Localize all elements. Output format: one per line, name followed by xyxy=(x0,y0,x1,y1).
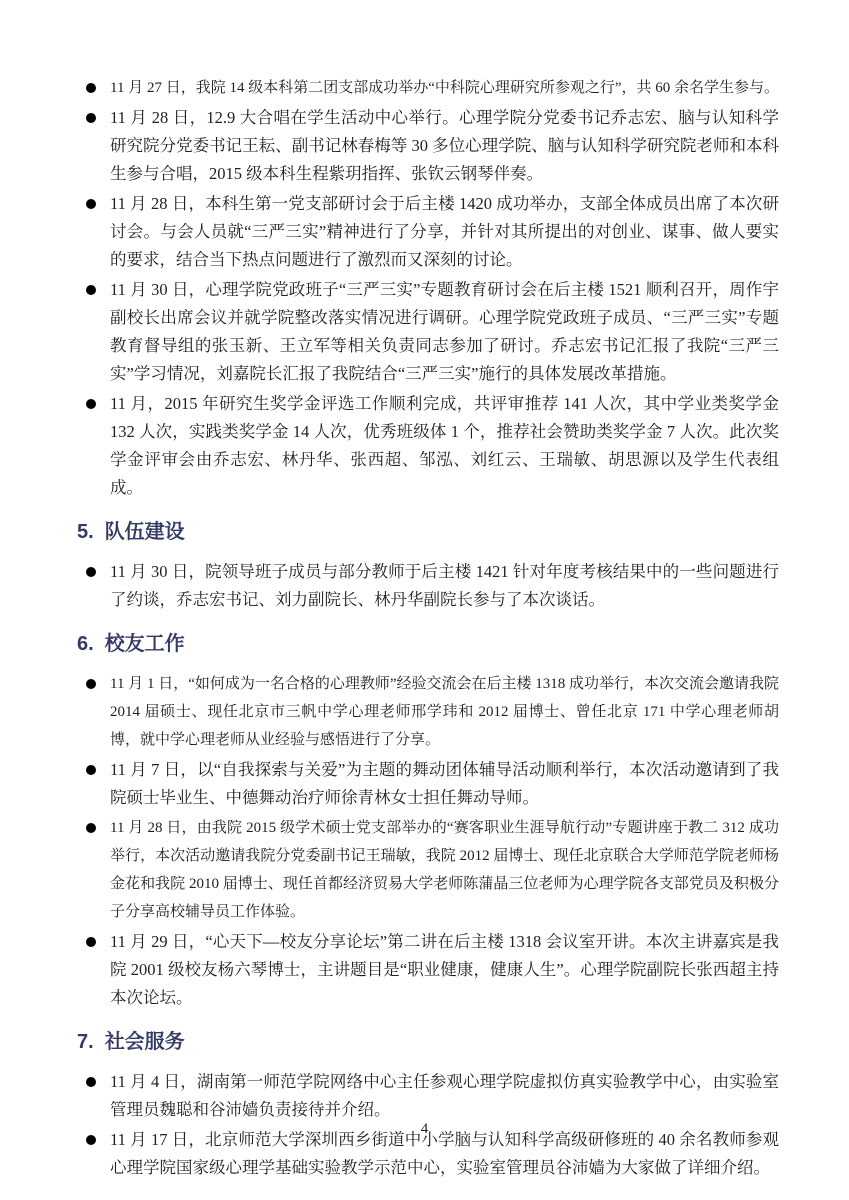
list-item-text: 11 月 7 日，以“自我探索与关爱”为主题的舞动团体辅导活动顺利举行，本次活动… xyxy=(110,756,779,812)
bullet-col xyxy=(72,190,110,274)
bullet-col xyxy=(72,558,110,614)
page-content: 11 月 27 日，我院 14 级本科第二团支部成功举办“中科院心理研究所参观之… xyxy=(72,74,779,1184)
list-item-text: 11 月 28 日，本科生第一党支部研讨会于后主楼 1420 成功举办，支部全体… xyxy=(110,190,779,274)
section-number: 5. xyxy=(77,519,94,545)
list-item: 11 月，2015 年研究生奖学金评选工作顺利完成，共评审推荐 141 人次，其… xyxy=(72,390,779,502)
section-title: 社会服务 xyxy=(105,1031,185,1053)
page-number: 4 xyxy=(0,1121,849,1138)
list-item: 11 月 1 日，“如何成为一名合格的心理教师”经验交流会在后主楼 1318 成… xyxy=(72,670,779,754)
section-title: 校友工作 xyxy=(105,633,185,655)
list-item-text: 11 月 28 日，12.9 大合唱在学生活动中心举行。心理学院分党委书记乔志宏… xyxy=(110,104,779,188)
section-title: 队伍建设 xyxy=(105,521,185,543)
section-heading-social-service: 7.社会服务 xyxy=(77,1029,779,1055)
bullet-icon xyxy=(86,113,96,123)
list-item-text: 11 月 30 日，院领导班子成员与部分教师于后主楼 1421 针对年度考核结果… xyxy=(110,558,779,614)
list-item-text: 11 月 30 日，心理学院党政班子“三严三实”专题教育研讨会在后主楼 1521… xyxy=(110,276,779,388)
bullet-col xyxy=(72,1068,110,1124)
list-item-text: 11 月 28 日，由我院 2015 级学术硕士党支部举办的“赛客职业生涯导航行… xyxy=(110,814,779,926)
bullet-col xyxy=(72,756,110,812)
list-item: 11 月 7 日，以“自我探索与关爱”为主题的舞动团体辅导活动顺利举行，本次活动… xyxy=(72,756,779,812)
list-item: 11 月 30 日，院领导班子成员与部分教师于后主楼 1421 针对年度考核结果… xyxy=(72,558,779,614)
list-item: 11 月 4 日，湖南第一师范学院网络中心主任参观心理学院虚拟仿真实验教学中心，… xyxy=(72,1068,779,1124)
section-heading-team-building: 5.队伍建设 xyxy=(77,519,779,545)
bullet-icon xyxy=(86,679,96,689)
list-item: 11 月 29 日，“心天下—校友分享论坛”第二讲在后主楼 1318 会议室开讲… xyxy=(72,928,779,1012)
bullet-icon xyxy=(86,567,96,577)
bullet-col xyxy=(72,104,110,188)
bullet-icon xyxy=(86,937,96,947)
bullet-col xyxy=(72,276,110,388)
bullet-col xyxy=(72,928,110,1012)
list-item: 11 月 28 日，由我院 2015 级学术硕士党支部举办的“赛客职业生涯导航行… xyxy=(72,814,779,926)
list-item: 11 月 30 日，心理学院党政班子“三严三实”专题教育研讨会在后主楼 1521… xyxy=(72,276,779,388)
section-number: 6. xyxy=(77,631,94,657)
list-item-text: 11 月，2015 年研究生奖学金评选工作顺利完成，共评审推荐 141 人次，其… xyxy=(110,390,779,502)
bullet-icon xyxy=(86,823,96,833)
list-item: 11 月 28 日，12.9 大合唱在学生活动中心举行。心理学院分党委书记乔志宏… xyxy=(72,104,779,188)
document-page: 11 月 27 日，我院 14 级本科第二团支部成功举办“中科院心理研究所参观之… xyxy=(0,0,849,1200)
section-number: 7. xyxy=(77,1029,94,1055)
bullet-col xyxy=(72,670,110,754)
list-item-text: 11 月 1 日，“如何成为一名合格的心理教师”经验交流会在后主楼 1318 成… xyxy=(110,670,779,754)
bullet-col xyxy=(72,74,110,102)
bullet-icon xyxy=(86,399,96,409)
section-heading-alumni-work: 6.校友工作 xyxy=(77,631,779,657)
list-item: 11 月 28 日，本科生第一党支部研讨会于后主楼 1420 成功举办，支部全体… xyxy=(72,190,779,274)
bullet-icon xyxy=(86,199,96,209)
bullet-icon xyxy=(86,285,96,295)
bullet-col xyxy=(72,814,110,926)
bullet-icon xyxy=(86,765,96,775)
list-item-text: 11 月 27 日，我院 14 级本科第二团支部成功举办“中科院心理研究所参观之… xyxy=(110,74,779,102)
bullet-icon xyxy=(86,1077,96,1087)
list-item-text: 11 月 29 日，“心天下—校友分享论坛”第二讲在后主楼 1318 会议室开讲… xyxy=(110,928,779,1012)
list-item-text: 11 月 4 日，湖南第一师范学院网络中心主任参观心理学院虚拟仿真实验教学中心，… xyxy=(110,1068,779,1124)
bullet-col xyxy=(72,390,110,502)
bullet-icon xyxy=(86,83,96,93)
list-item: 11 月 27 日，我院 14 级本科第二团支部成功举办“中科院心理研究所参观之… xyxy=(72,74,779,102)
